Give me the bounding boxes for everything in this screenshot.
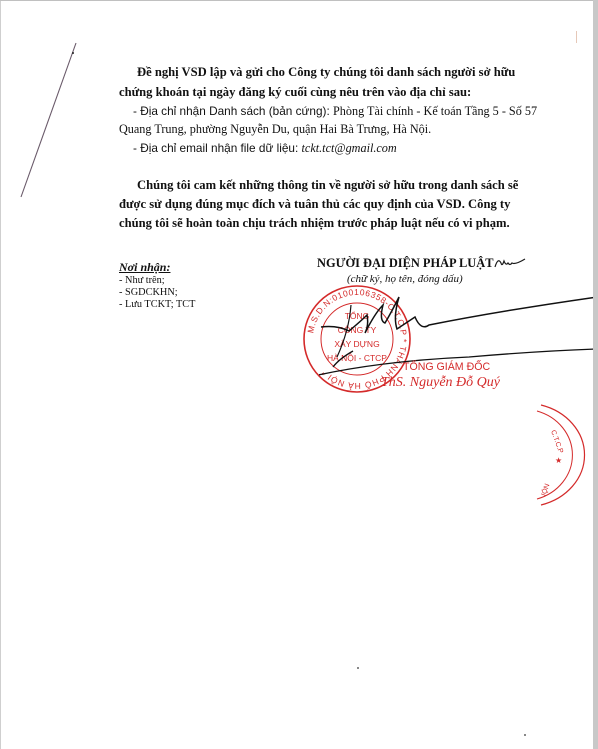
partial-stamp: C.T.C.P ★ NỘI	[511, 401, 591, 511]
hardcopy-address-line: - Địa chỉ nhận Danh sách (bản cứng): Phò…	[133, 103, 537, 119]
scan-speck	[576, 31, 577, 43]
hardcopy-address-line-2: Quang Trung, phường Nguyễn Du, quận Hai …	[119, 121, 431, 137]
scan-artifact-line	[19, 39, 79, 199]
commitment-line-1: Chúng tôi cam kết những thông tin về ngư…	[137, 177, 518, 193]
commitment-line-3: chúng tôi sẽ hoàn toàn chịu trách nhiệm …	[119, 215, 510, 231]
scan-speck	[357, 667, 359, 669]
scan-speck	[524, 734, 526, 736]
hardcopy-value: Phòng Tài chính - Kế toán Tầng 5 - Số 57	[333, 104, 537, 118]
email-label: - Địa chỉ email nhận file dữ liệu:	[133, 141, 302, 155]
recipients-title: Nơi nhận:	[119, 259, 170, 275]
initials-mark	[493, 253, 527, 271]
recipient-item: - Lưu TCKT; TCT	[119, 298, 195, 311]
request-line-1: Đề nghị VSD lập và gửi cho Công ty chúng…	[137, 64, 515, 80]
svg-text:★: ★	[555, 456, 562, 465]
email-value: tckt.tct@gmail.com	[302, 141, 397, 155]
hardcopy-label: - Địa chỉ nhận Danh sách (bản cứng):	[133, 104, 333, 118]
svg-text:NỘI: NỘI	[539, 482, 552, 497]
signer-name: ThS. Nguyễn Đỗ Quý	[381, 375, 500, 391]
commitment-line-2: được sử dụng đúng mục đích và tuân thủ c…	[119, 196, 510, 212]
signature-title: NGƯỜI ĐẠI DIỆN PHÁP LUẬT	[317, 255, 493, 271]
signer-position: TỔNG GIÁM ĐỐC	[403, 359, 490, 375]
viewer-scroll-edge	[593, 0, 598, 749]
document-page: Đề nghị VSD lập và gửi cho Công ty chúng…	[1, 1, 593, 749]
svg-text:C.T.C.P: C.T.C.P	[549, 429, 564, 454]
email-address-line: - Địa chỉ email nhận file dữ liệu: tckt.…	[133, 140, 397, 156]
request-line-2: chứng khoán tại ngày đăng ký cuối cùng n…	[119, 84, 471, 100]
